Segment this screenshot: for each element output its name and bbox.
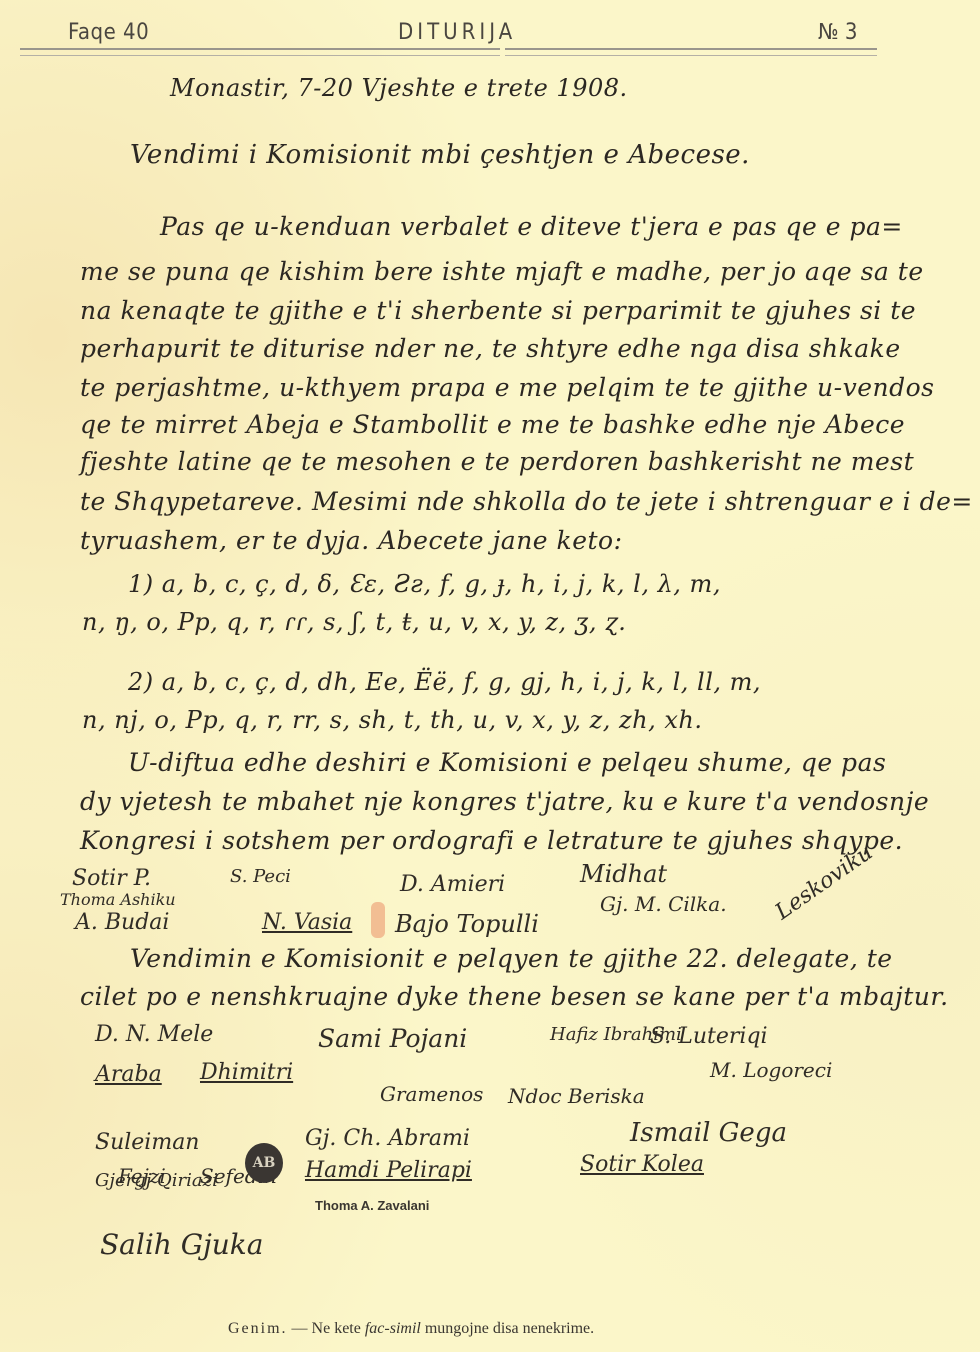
issue-number: № 3 [818, 20, 857, 45]
paragraph-line: fjeshte latine qe te mesohen e te perdor… [80, 447, 914, 476]
alphabet-line: n, nj, o, Pp, q, r, rr, s, sh, t, th, u,… [82, 706, 702, 734]
signature: Gramenos [380, 1082, 483, 1106]
paper-stain [371, 902, 385, 938]
signature: Gj. Ch. Abrami [305, 1126, 470, 1151]
paragraph-line: perhapurit te diturise nder ne, te shtyr… [80, 334, 901, 363]
signature: A. Budai [75, 910, 169, 935]
seal-stamp-icon: AB [245, 1143, 283, 1183]
signature: Hamdi Pelirapi [305, 1158, 472, 1183]
signature: D. N. Mele [95, 1022, 213, 1047]
closing-line: Kongresi i sotshem per ordografi e letra… [80, 826, 903, 855]
signature: Ndoc Beriska [508, 1084, 645, 1108]
signature: N. Vasia [262, 910, 352, 935]
signature: Dhimitri [200, 1060, 293, 1085]
signature: Araba [95, 1062, 162, 1087]
signature: Salih Gjuka [100, 1228, 263, 1261]
signature: Gj. M. Cilka. [600, 892, 727, 916]
closing-line: dy vjetesh te mbahet nje kongres t'jatre… [80, 787, 929, 816]
signature: Fejzi [118, 1164, 166, 1188]
footnote-italic: fac-simil [365, 1320, 421, 1337]
paragraph-line: qe te mirret Abeja e Stambollit e me te … [80, 410, 905, 439]
printed-name: Thoma A. Zavalani [315, 1198, 429, 1213]
signature: Ismail Gega [630, 1118, 787, 1148]
header-rule-right [505, 48, 877, 56]
paragraph-line: na kenaqte te gjithe e t'i sherbente si … [80, 296, 916, 325]
approval-line: Vendimin e Komisionit e pelqyen te gjith… [130, 944, 893, 973]
footnote-lead: Genim. [228, 1320, 288, 1337]
alphabet-line: 2) a, b, c, ç, d, dh, Ee, Ëë, f, g, gj, … [128, 668, 761, 696]
journal-title: DITURIJA [398, 20, 516, 45]
footnote: Genim. — Ne kete fac-simil mungojne disa… [228, 1320, 594, 1338]
signature: Thoma Ashiku [60, 890, 176, 909]
closing-line: U-diftua edhe deshiri e Komisioni e pelq… [128, 748, 886, 777]
alphabet-line: 1) a, b, c, ç, d, δ, Ɛɛ, Ƨƨ, f, g, ɟ, h,… [128, 570, 721, 598]
signature: Sotir P. [72, 866, 151, 891]
signature: S. Peci [230, 866, 291, 887]
paragraph-line: Pas qe u-kenduan verbalet e diteve t'jer… [160, 212, 903, 241]
paragraph-line: te perjashtme, u-kthyem prapa e me pelqi… [80, 373, 935, 402]
signature: Bajo Topulli [395, 910, 539, 938]
signature: Midhat [580, 860, 667, 888]
paragraph-line: te Shqypetareve. Mesimi nde shkolla do t… [80, 487, 973, 516]
alphabet-line: n, ŋ, o, Pp, q, r, ɾɾ, s, ʃ, t, ŧ, u, v,… [82, 608, 626, 636]
signature: Suleiman [95, 1130, 199, 1155]
running-header: Faqe 40 DITURIJA № 3 [38, 18, 880, 52]
approval-line: cilet po e nenshkruajne dyke thene besen… [80, 982, 949, 1011]
document-title: Vendimi i Komisionit mbi çeshtjen e Abec… [130, 140, 750, 170]
signature: S. Luteriqi [650, 1024, 768, 1049]
paragraph-line: tyruashem, er te dyja. Abecete jane keto… [80, 526, 623, 555]
signature: Sami Pojani [318, 1024, 467, 1053]
header-rule-left [20, 48, 500, 56]
page-number: Faqe 40 [68, 20, 149, 45]
signature: Sotir Kolea [580, 1152, 704, 1177]
dateline: Monastir, 7-20 Vjeshte e trete 1908. [170, 74, 628, 102]
signature: M. Logoreci [710, 1058, 832, 1082]
signature: D. Amieri [400, 872, 505, 897]
paragraph-line: me se puna qe kishim bere ishte mjaft e … [80, 257, 924, 286]
